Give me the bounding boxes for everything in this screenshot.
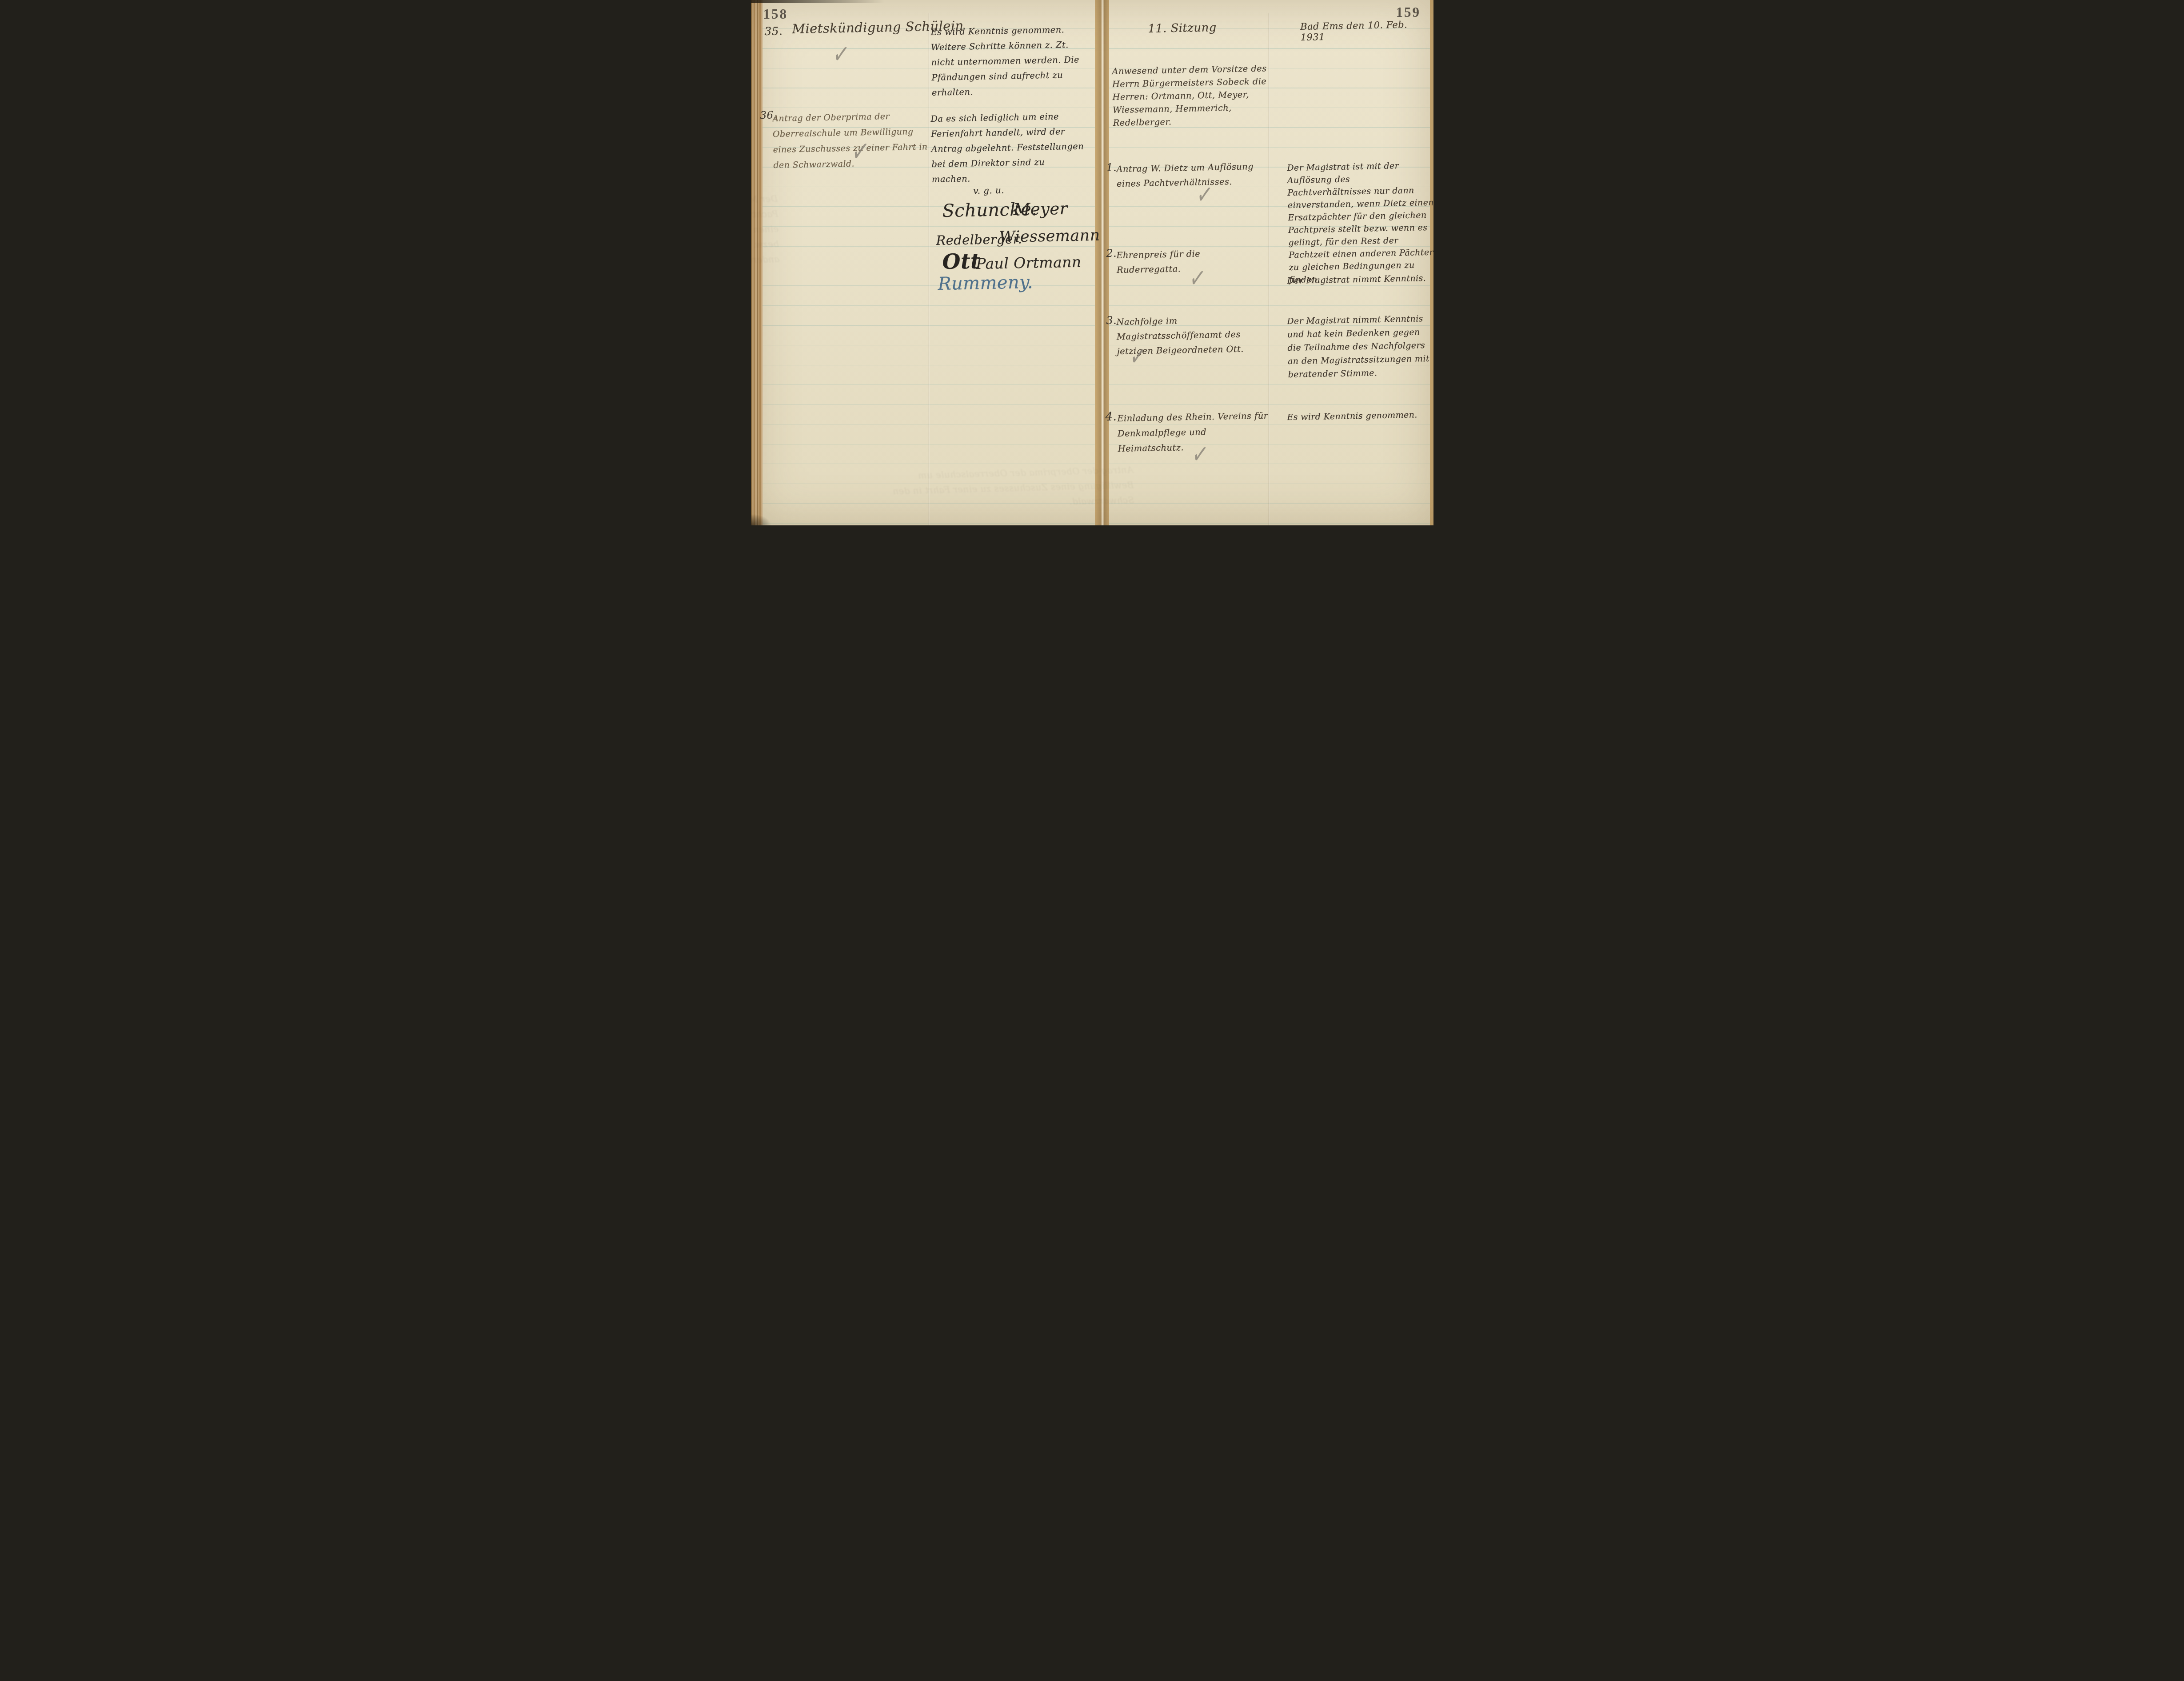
session-title: 11. Sitzung: [1148, 21, 1217, 36]
item-3-decision: Der Magistrat nimmt Kenntnis und hat kei…: [1287, 312, 1433, 381]
signature-rummeny-blue-ink: Rummeny.: [938, 272, 1033, 294]
signature-ott: Ott: [942, 249, 981, 274]
item-3-number: 3.: [1106, 314, 1117, 327]
scan-edge-shadow: [751, 0, 884, 3]
entry-35-decision: Es wird Kenntnis genommen. Weitere Schri…: [930, 22, 1082, 100]
signature-wiessemann: Wiessemann: [999, 227, 1100, 246]
item-4-number: 4.: [1105, 410, 1117, 424]
attendance-paragraph: Anwesend unter dem Vorsitze des Herrn Bü…: [1112, 62, 1270, 129]
ledger-scan: 158 159 35. Mietskündigung Schülein ✓ Es…: [751, 0, 1433, 525]
dateline: Bad Ems den 10. Feb. 1931: [1300, 19, 1432, 43]
item-1-title: Antrag W. Dietz um Auflösung eines Pacht…: [1116, 159, 1270, 191]
signature-closing-vgu: v. g. u.: [973, 185, 1004, 196]
item-2-number: 2.: [1106, 247, 1117, 260]
item-2-title: Ehrenpreis für die Ruderregatta.: [1116, 245, 1257, 277]
entry-35-number: 35.: [764, 24, 783, 38]
page-number-right: 159: [1396, 4, 1421, 20]
signature-paul-ortmann: Paul Ortmann: [976, 253, 1082, 272]
bleedthrough-text: Antrag der Oberprima der Oberrealschule …: [884, 462, 1134, 514]
item-1-number: 1.: [1106, 161, 1117, 174]
bleedthrough-text: Der Magistrat ist mit der Auflösung des …: [751, 191, 779, 274]
signature-meyer: Meyer: [1013, 199, 1068, 219]
center-gutter: [1095, 0, 1109, 525]
page-number-left: 158: [763, 6, 788, 22]
item-1-decision: Der Magistrat ist mit der Auflösung des …: [1287, 159, 1433, 286]
page-corner-shadow: [751, 514, 771, 525]
entry-36-decision: Da es sich lediglich um eine Ferienfahrt…: [930, 108, 1086, 187]
